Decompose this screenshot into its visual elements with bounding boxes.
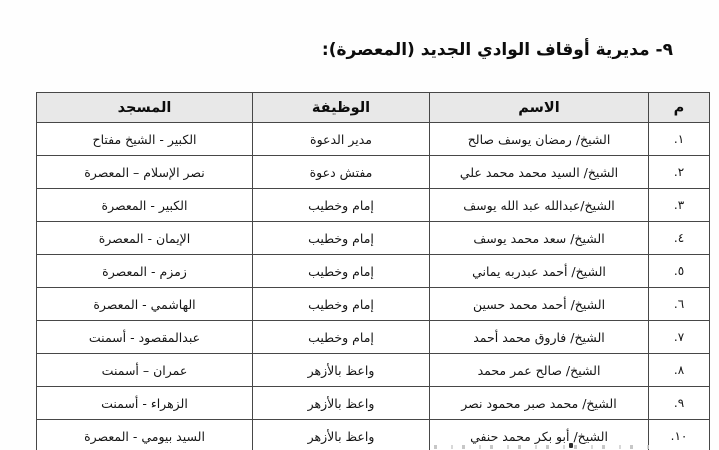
row-number: ٤.	[649, 222, 710, 255]
mosque-cell: الزهراء - أسمنت	[37, 387, 253, 420]
table-row: ٦. الشيخ/ أحمد محمد حسين إمام وخطيب الها…	[37, 288, 710, 321]
mosque-cell: السيد بيومي - المعصرة	[37, 420, 253, 450]
table-row: ٣. الشيخ/عبدالله عبد الله يوسف إمام وخطي…	[37, 189, 710, 222]
mosque-cell: الكبير - المعصرة	[37, 189, 253, 222]
job-cell: إمام وخطيب	[253, 255, 430, 288]
row-number: ٦.	[649, 288, 710, 321]
name-cell: الشيخ/ فاروق محمد أحمد	[430, 321, 649, 354]
table-row: ٩. الشيخ/ محمد صبر محمود نصر واعظ بالأزه…	[37, 387, 710, 420]
job-cell: مدير الدعوة	[253, 123, 430, 156]
name-cell: الشيخ/ صالح عمر محمد	[430, 354, 649, 387]
clergy-roster-table: م الاسم الوظيفة المسجد ١. الشيخ/ رمضان ي…	[36, 92, 710, 450]
name-cell: الشيخ/ سعد محمد يوسف	[430, 222, 649, 255]
mosque-cell: نصر الإسلام – المعصرة	[37, 156, 253, 189]
job-cell: واعظ بالأزهر	[253, 354, 430, 387]
job-cell: واعظ بالأزهر	[253, 420, 430, 450]
table-row: ١. الشيخ/ رمضان يوسف صالح مدير الدعوة ال…	[37, 123, 710, 156]
row-number: ٢.	[649, 156, 710, 189]
job-cell: مفتش دعوة	[253, 156, 430, 189]
name-cell: الشيخ/ أحمد عبدربه يماني	[430, 255, 649, 288]
mosque-cell: الكبير - الشيخ مفتاح	[37, 123, 253, 156]
table-row: ٧. الشيخ/ فاروق محمد أحمد إمام وخطيب عبد…	[37, 321, 710, 354]
row-number: ١.	[649, 123, 710, 156]
name-cell: الشيخ/ أحمد محمد حسين	[430, 288, 649, 321]
row-number: ٨.	[649, 354, 710, 387]
table-row: ٥. الشيخ/ أحمد عبدربه يماني إمام وخطيب ز…	[37, 255, 710, 288]
table-header-row: م الاسم الوظيفة المسجد	[37, 93, 710, 123]
mosque-cell: عبدالمقصود - أسمنت	[37, 321, 253, 354]
name-cell: الشيخ/عبدالله عبد الله يوسف	[430, 189, 649, 222]
job-cell: إمام وخطيب	[253, 222, 430, 255]
mosque-cell: الإيمان - المعصرة	[37, 222, 253, 255]
cut-off-next-heading-remnant	[425, 445, 650, 449]
header-job: الوظيفة	[253, 93, 430, 123]
row-number: ٣.	[649, 189, 710, 222]
row-number: ٥.	[649, 255, 710, 288]
mosque-cell: زمزم - المعصرة	[37, 255, 253, 288]
name-cell: الشيخ/ محمد صبر محمود نصر	[430, 387, 649, 420]
job-cell: واعظ بالأزهر	[253, 387, 430, 420]
table-row: ٢. الشيخ/ السيد محمد محمد علي مفتش دعوة …	[37, 156, 710, 189]
table-row: ٨. الشيخ/ صالح عمر محمد واعظ بالأزهر عمر…	[37, 354, 710, 387]
job-cell: إمام وخطيب	[253, 189, 430, 222]
mosque-cell: الهاشمي - المعصرة	[37, 288, 253, 321]
cut-off-text-dot	[569, 443, 573, 448]
job-cell: إمام وخطيب	[253, 288, 430, 321]
row-number: ٧.	[649, 321, 710, 354]
header-name: الاسم	[430, 93, 649, 123]
row-number: ١٠.	[649, 420, 710, 450]
header-number: م	[649, 93, 710, 123]
section-heading: ٩- مديرية أوقاف الوادي الجديد (المعصرة):	[322, 40, 673, 60]
row-number: ٩.	[649, 387, 710, 420]
mosque-cell: عمران – أسمنت	[37, 354, 253, 387]
document-page: ٩- مديرية أوقاف الوادي الجديد (المعصرة):…	[0, 0, 719, 450]
job-cell: إمام وخطيب	[253, 321, 430, 354]
header-mosque: المسجد	[37, 93, 253, 123]
name-cell: الشيخ/ رمضان يوسف صالح	[430, 123, 649, 156]
table-row: ٤. الشيخ/ سعد محمد يوسف إمام وخطيب الإيم…	[37, 222, 710, 255]
name-cell: الشيخ/ السيد محمد محمد علي	[430, 156, 649, 189]
